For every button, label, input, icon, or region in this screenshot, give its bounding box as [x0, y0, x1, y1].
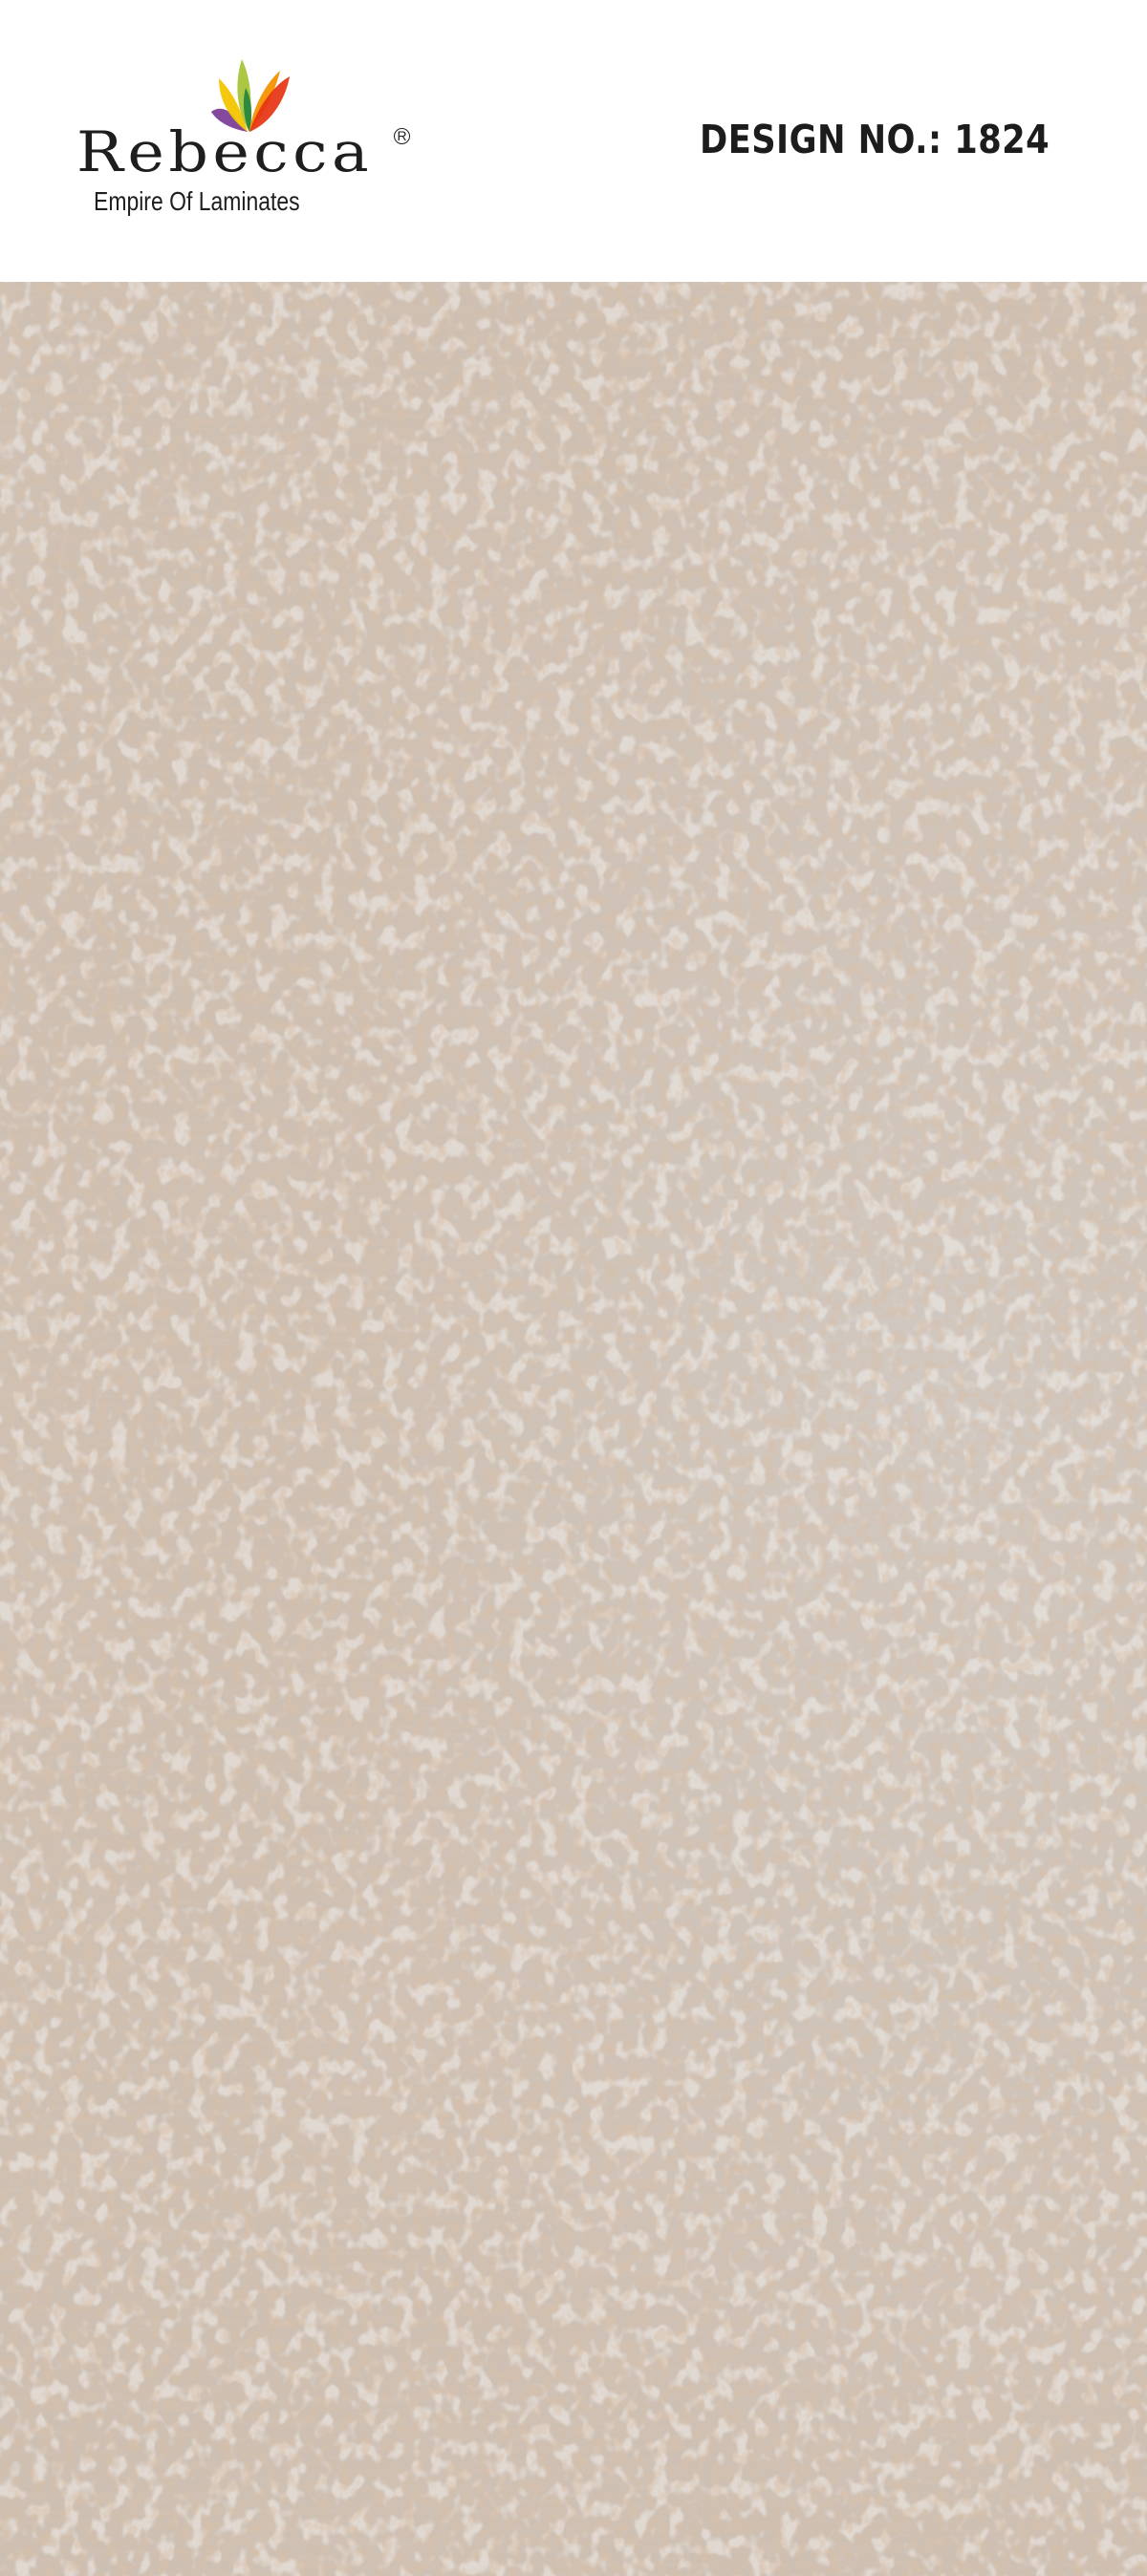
texture-image: [0, 282, 1147, 2576]
brand-logo: Rebecca R Empire Of Laminates: [76, 59, 421, 222]
header: Rebecca R Empire Of Laminates DESIGN NO.…: [0, 0, 1147, 282]
laminate-texture-swatch: [0, 282, 1147, 2576]
design-number: DESIGN NO.: 1824: [700, 117, 1050, 162]
brand-tagline: Empire Of Laminates: [94, 186, 300, 217]
registered-trademark-icon: R: [394, 128, 410, 144]
brand-name: Rebecca: [76, 124, 373, 180]
